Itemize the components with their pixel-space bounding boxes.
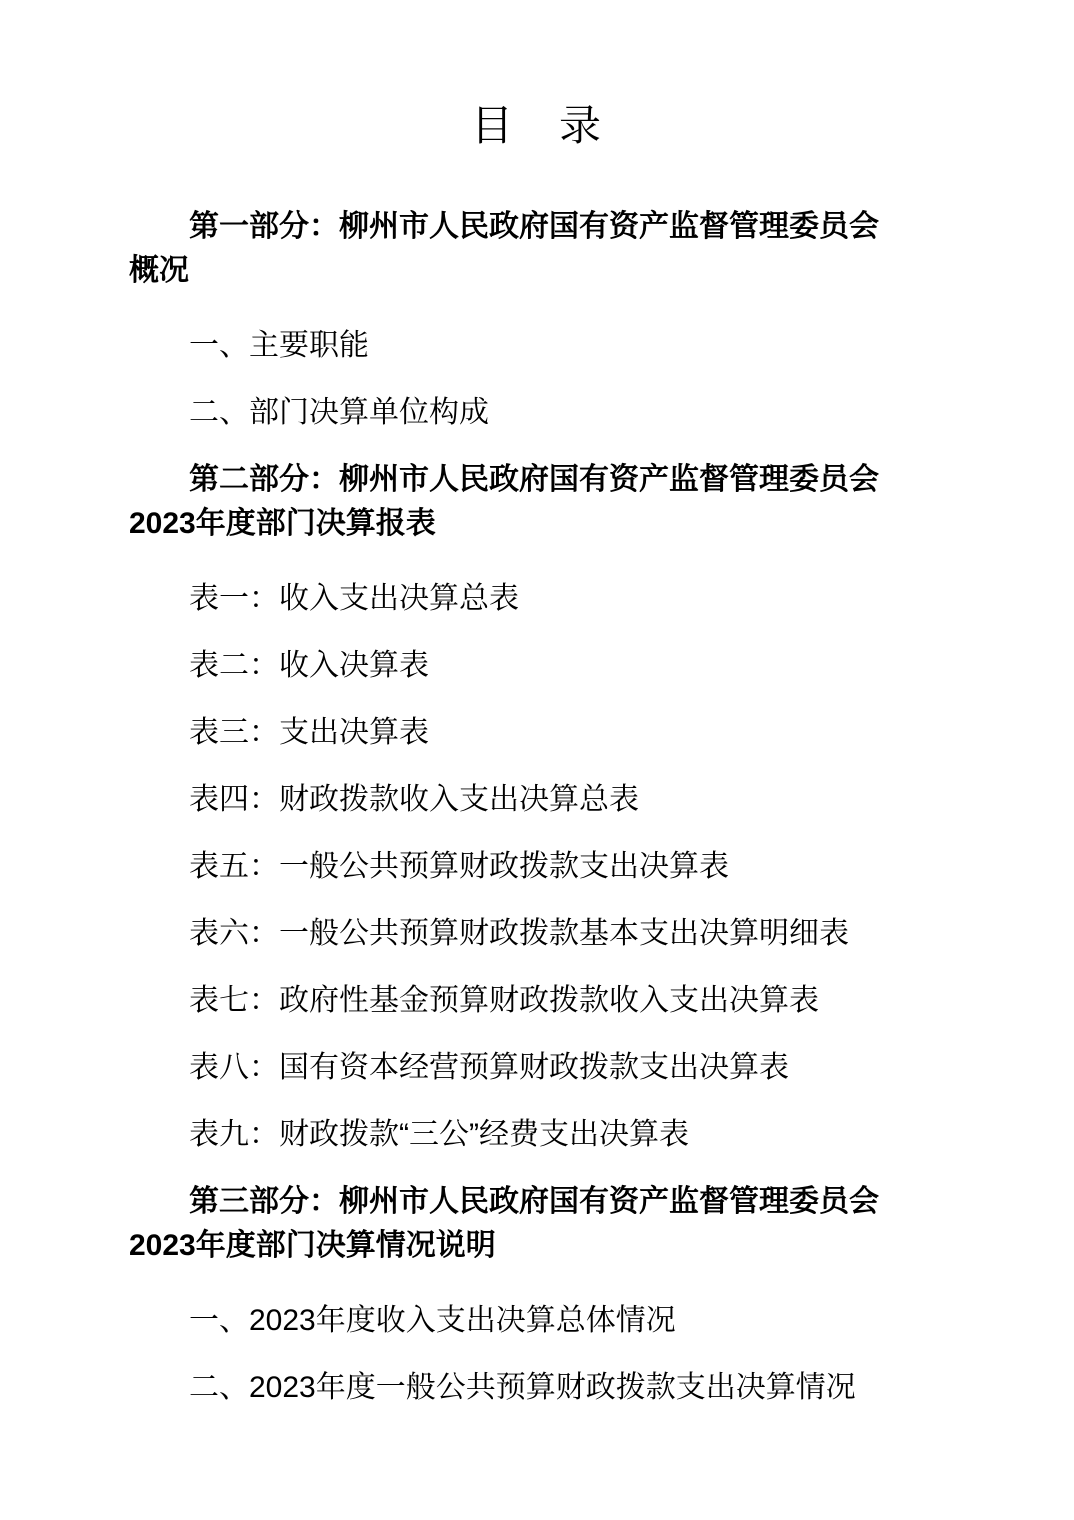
toc-item-table-3: 表三：支出决算表: [129, 711, 889, 755]
toc-item-table-7: 表七：政府性基金预算财政拨款收入支出决算表: [129, 979, 889, 1023]
toc-section-heading-part3: 第三部分：柳州市人民政府国有资产监督管理委员会2023年度部门决算情况说明: [129, 1180, 889, 1268]
document-page: 目 录 第一部分：柳州市人民政府国有资产监督管理委员会概况 一、主要职能 二、部…: [0, 0, 1074, 1520]
toc-item-table-9: 表九：财政拨款“三公”经费支出决算表: [129, 1113, 889, 1157]
toc-item-table-5: 表五：一般公共预算财政拨款支出决算表: [129, 845, 889, 889]
toc-item-unit-composition: 二、部门决算单位构成: [129, 391, 889, 435]
toc-item-table-8: 表八：国有资本经营预算财政拨款支出决算表: [129, 1046, 889, 1090]
toc-item-overall-situation: 一、2023年度收入支出决算总体情况: [129, 1299, 889, 1343]
toc-item-main-functions: 一、主要职能: [129, 324, 889, 368]
toc-section-heading-part2: 第二部分：柳州市人民政府国有资产监督管理委员会2023年度部门决算报表: [129, 458, 889, 546]
toc-item-general-budget-expenditure: 二、2023年度一般公共预算财政拨款支出决算情况: [129, 1366, 889, 1410]
toc-title: 目 录: [129, 100, 945, 152]
toc-item-table-4: 表四：财政拨款收入支出决算总表: [129, 778, 889, 822]
toc-item-table-1: 表一：收入支出决算总表: [129, 577, 889, 621]
toc-item-table-6: 表六：一般公共预算财政拨款基本支出决算明细表: [129, 912, 889, 956]
toc-section-heading-part1: 第一部分：柳州市人民政府国有资产监督管理委员会概况: [129, 205, 889, 293]
toc-item-table-2: 表二：收入决算表: [129, 644, 889, 688]
